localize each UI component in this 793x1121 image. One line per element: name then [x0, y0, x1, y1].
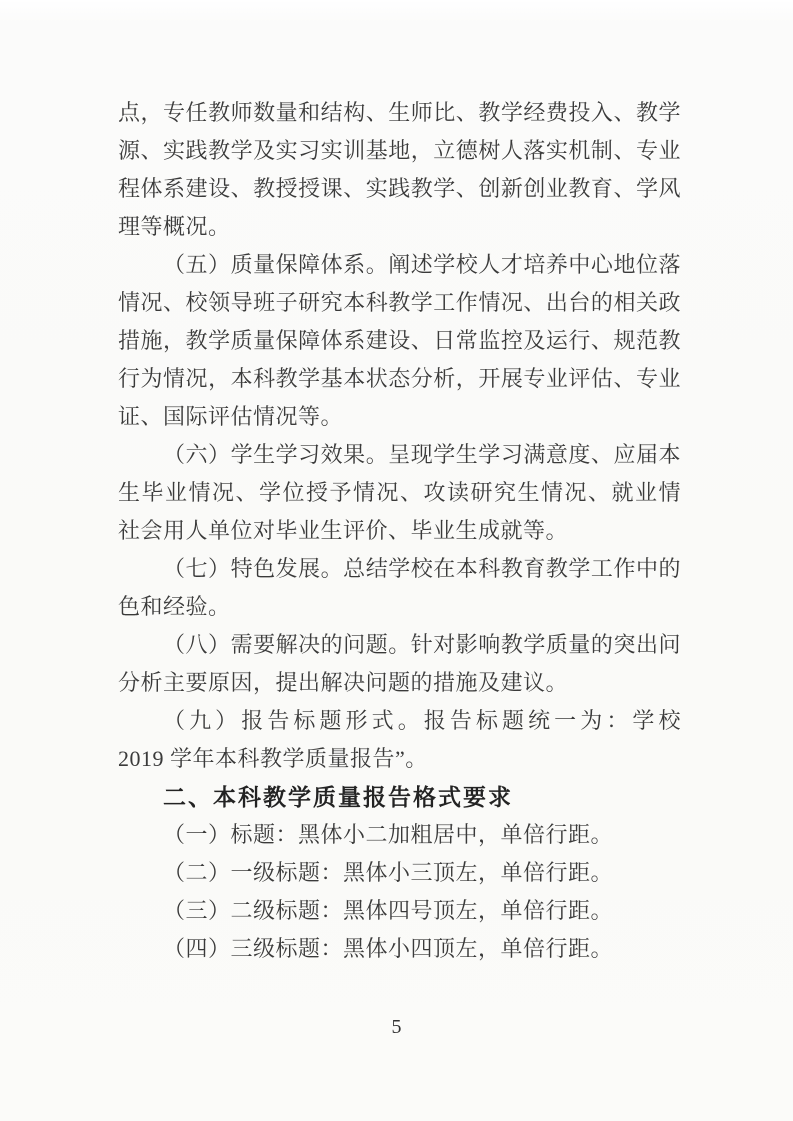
body-line: 色和经验。 — [118, 588, 681, 626]
body-line: 源、实践教学及实习实训基地，立德树人落实机制、专业课 — [118, 132, 681, 170]
body-line: 社会用人单位对毕业生评价、毕业生成就等。 — [118, 512, 681, 550]
item-9-paragraph: （九）报告标题形式。报告标题统一为：学校+“2018- — [118, 702, 681, 740]
body-line: 情况、校领导班子研究本科教学工作情况、出台的相关政策 — [118, 284, 681, 322]
section-heading: 二、本科教学质量报告格式要求 — [118, 778, 681, 816]
page-number: 5 — [0, 1013, 793, 1041]
item-7-paragraph: （七）特色发展。总结学校在本科教育教学工作中的特 — [118, 550, 681, 588]
document-page: 点，专任教师数量和结构、生师比、教学经费投入、教学资 源、实践教学及实习实训基地… — [0, 0, 793, 1121]
item-8-paragraph: （八）需要解决的问题。针对影响教学质量的突出问题， — [118, 626, 681, 664]
body-line: 行为情况，本科教学基本状态分析，开展专业评估、专业认 — [118, 360, 681, 398]
body-line: 2019 学年本科教学质量报告”。 — [118, 740, 681, 778]
body-line: 生毕业情况、学位授予情况、攻读研究生情况、就业情况、 — [118, 474, 681, 512]
body-line: 理等概况。 — [118, 208, 681, 246]
format-list-item: （三）二级标题：黑体四号顶左，单倍行距。 — [118, 892, 681, 930]
format-list-item: （二）一级标题：黑体小三顶左，单倍行距。 — [118, 854, 681, 892]
format-list-item: （四）三级标题：黑体小四顶左，单倍行距。 — [118, 930, 681, 968]
item-6-paragraph: （六）学生学习效果。呈现学生学习满意度、应届本科 — [118, 436, 681, 474]
item-5-paragraph: （五）质量保障体系。阐述学校人才培养中心地位落实 — [118, 246, 681, 284]
body-line: 程体系建设、教授授课、实践教学、创新创业教育、学风管 — [118, 170, 681, 208]
text-block: 点，专任教师数量和结构、生师比、教学经费投入、教学资 源、实践教学及实习实训基地… — [118, 94, 681, 968]
format-list-item: （一）标题：黑体小二加粗居中，单倍行距。 — [118, 816, 681, 854]
body-line: 点，专任教师数量和结构、生师比、教学经费投入、教学资 — [118, 94, 681, 132]
body-line: 证、国际评估情况等。 — [118, 398, 681, 436]
body-line: 措施，教学质量保障体系建设、日常监控及运行、规范教学 — [118, 322, 681, 360]
body-line: 分析主要原因，提出解决问题的措施及建议。 — [118, 664, 681, 702]
